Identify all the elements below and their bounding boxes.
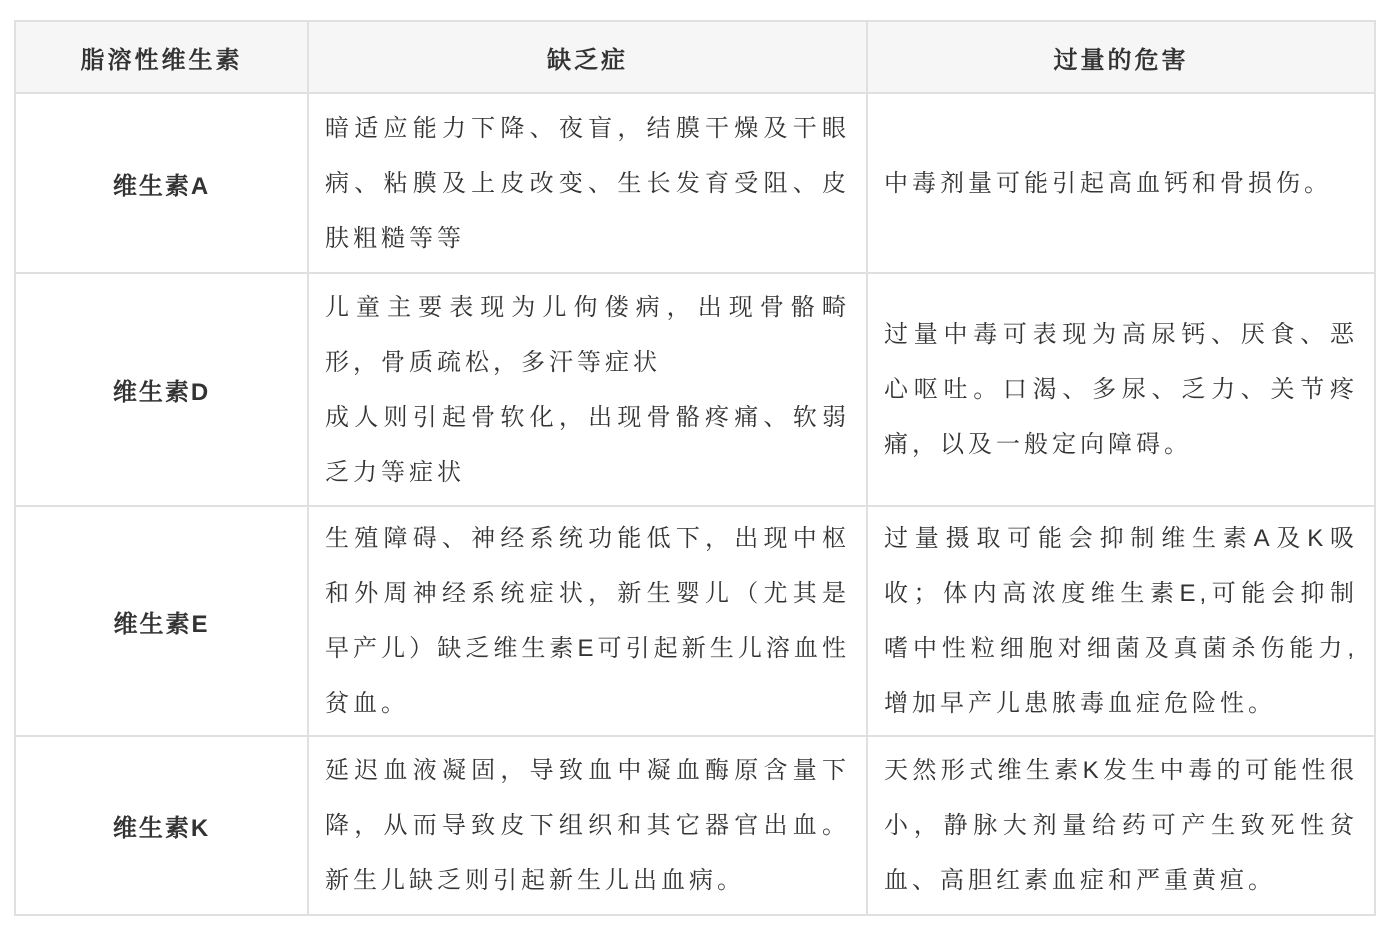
excess-cell: 中毒剂量可能引起高血钙和骨损伤。: [867, 93, 1375, 273]
excess-paragraph: 天然形式维生素K发生中毒的可能性很小，静脉大剂量给药可产生致死性贫血、高胆红素血…: [884, 743, 1358, 908]
header-excess-column: 过量的危害: [867, 21, 1375, 93]
vitamin-name-cell: 维生素D: [15, 273, 308, 506]
deficiency-paragraph: 成人则引起骨软化，出现骨骼疼痛、软弱乏力等症状: [325, 390, 850, 500]
deficiency-cell: 生殖障碍、神经系统功能低下，出现中枢和外周神经系统症状，新生婴儿（尤其是早产儿）…: [308, 506, 867, 736]
table-row: 维生素A 暗适应能力下降、夜盲，结膜干燥及干眼病、粘膜及上皮改变、生长发育受阻、…: [15, 93, 1375, 273]
fat-soluble-vitamin-table: 脂溶性维生素 缺乏症 过量的危害 维生素A 暗适应能力下降、夜盲，结膜干燥及干眼…: [14, 20, 1376, 916]
vitamin-name-cell: 维生素K: [15, 736, 308, 915]
deficiency-paragraph: 生殖障碍、神经系统功能低下，出现中枢和外周神经系统症状，新生婴儿（尤其是早产儿）…: [325, 511, 850, 731]
vitamin-name-cell: 维生素A: [15, 93, 308, 273]
table-row: 维生素D 儿童主要表现为儿佝偻病，出现骨骼畸形，骨质疏松，多汗等症状成人则引起骨…: [15, 273, 1375, 506]
vitamin-name: 维生素K: [113, 815, 210, 842]
vitamin-name: 维生素D: [113, 379, 210, 406]
deficiency-cell: 暗适应能力下降、夜盲，结膜干燥及干眼病、粘膜及上皮改变、生长发育受阻、皮肤粗糙等…: [308, 93, 867, 273]
deficiency-paragraph: 延迟血液凝固，导致血中凝血酶原含量下降，从而导致皮下组织和其它器官出血。新生儿缺…: [325, 743, 850, 908]
deficiency-paragraph: 儿童主要表现为儿佝偻病，出现骨骼畸形，骨质疏松，多汗等症状: [325, 280, 850, 390]
header-vitamin-column: 脂溶性维生素: [15, 21, 308, 93]
header-deficiency-column: 缺乏症: [308, 21, 867, 93]
page: 脂溶性维生素 缺乏症 过量的危害 维生素A 暗适应能力下降、夜盲，结膜干燥及干眼…: [0, 0, 1388, 932]
table-row: 维生素K 延迟血液凝固，导致血中凝血酶原含量下降，从而导致皮下组织和其它器官出血…: [15, 736, 1375, 915]
deficiency-paragraph: 暗适应能力下降、夜盲，结膜干燥及干眼病、粘膜及上皮改变、生长发育受阻、皮肤粗糙等…: [325, 101, 850, 266]
vitamin-name: 维生素E: [113, 611, 209, 638]
excess-cell: 天然形式维生素K发生中毒的可能性很小，静脉大剂量给药可产生致死性贫血、高胆红素血…: [867, 736, 1375, 915]
table-row: 维生素E 生殖障碍、神经系统功能低下，出现中枢和外周神经系统症状，新生婴儿（尤其…: [15, 506, 1375, 736]
deficiency-cell: 延迟血液凝固，导致血中凝血酶原含量下降，从而导致皮下组织和其它器官出血。新生儿缺…: [308, 736, 867, 915]
deficiency-cell: 儿童主要表现为儿佝偻病，出现骨骼畸形，骨质疏松，多汗等症状成人则引起骨软化，出现…: [308, 273, 867, 506]
excess-paragraph: 中毒剂量可能引起高血钙和骨损伤。: [884, 156, 1358, 211]
excess-cell: 过量摄取可能会抑制维生素A及K吸收；体内高浓度维生素E,可能会抑制嗜中性粒细胞对…: [867, 506, 1375, 736]
vitamin-name: 维生素A: [113, 173, 210, 200]
excess-paragraph: 过量中毒可表现为高尿钙、厌食、恶心呕吐。口渴、多尿、乏力、关节疼痛，以及一般定向…: [884, 307, 1358, 472]
table-header-row: 脂溶性维生素 缺乏症 过量的危害: [15, 21, 1375, 93]
vitamin-name-cell: 维生素E: [15, 506, 308, 736]
excess-paragraph: 过量摄取可能会抑制维生素A及K吸收；体内高浓度维生素E,可能会抑制嗜中性粒细胞对…: [884, 511, 1358, 731]
table-body: 维生素A 暗适应能力下降、夜盲，结膜干燥及干眼病、粘膜及上皮改变、生长发育受阻、…: [15, 93, 1375, 915]
excess-cell: 过量中毒可表现为高尿钙、厌食、恶心呕吐。口渴、多尿、乏力、关节疼痛，以及一般定向…: [867, 273, 1375, 506]
